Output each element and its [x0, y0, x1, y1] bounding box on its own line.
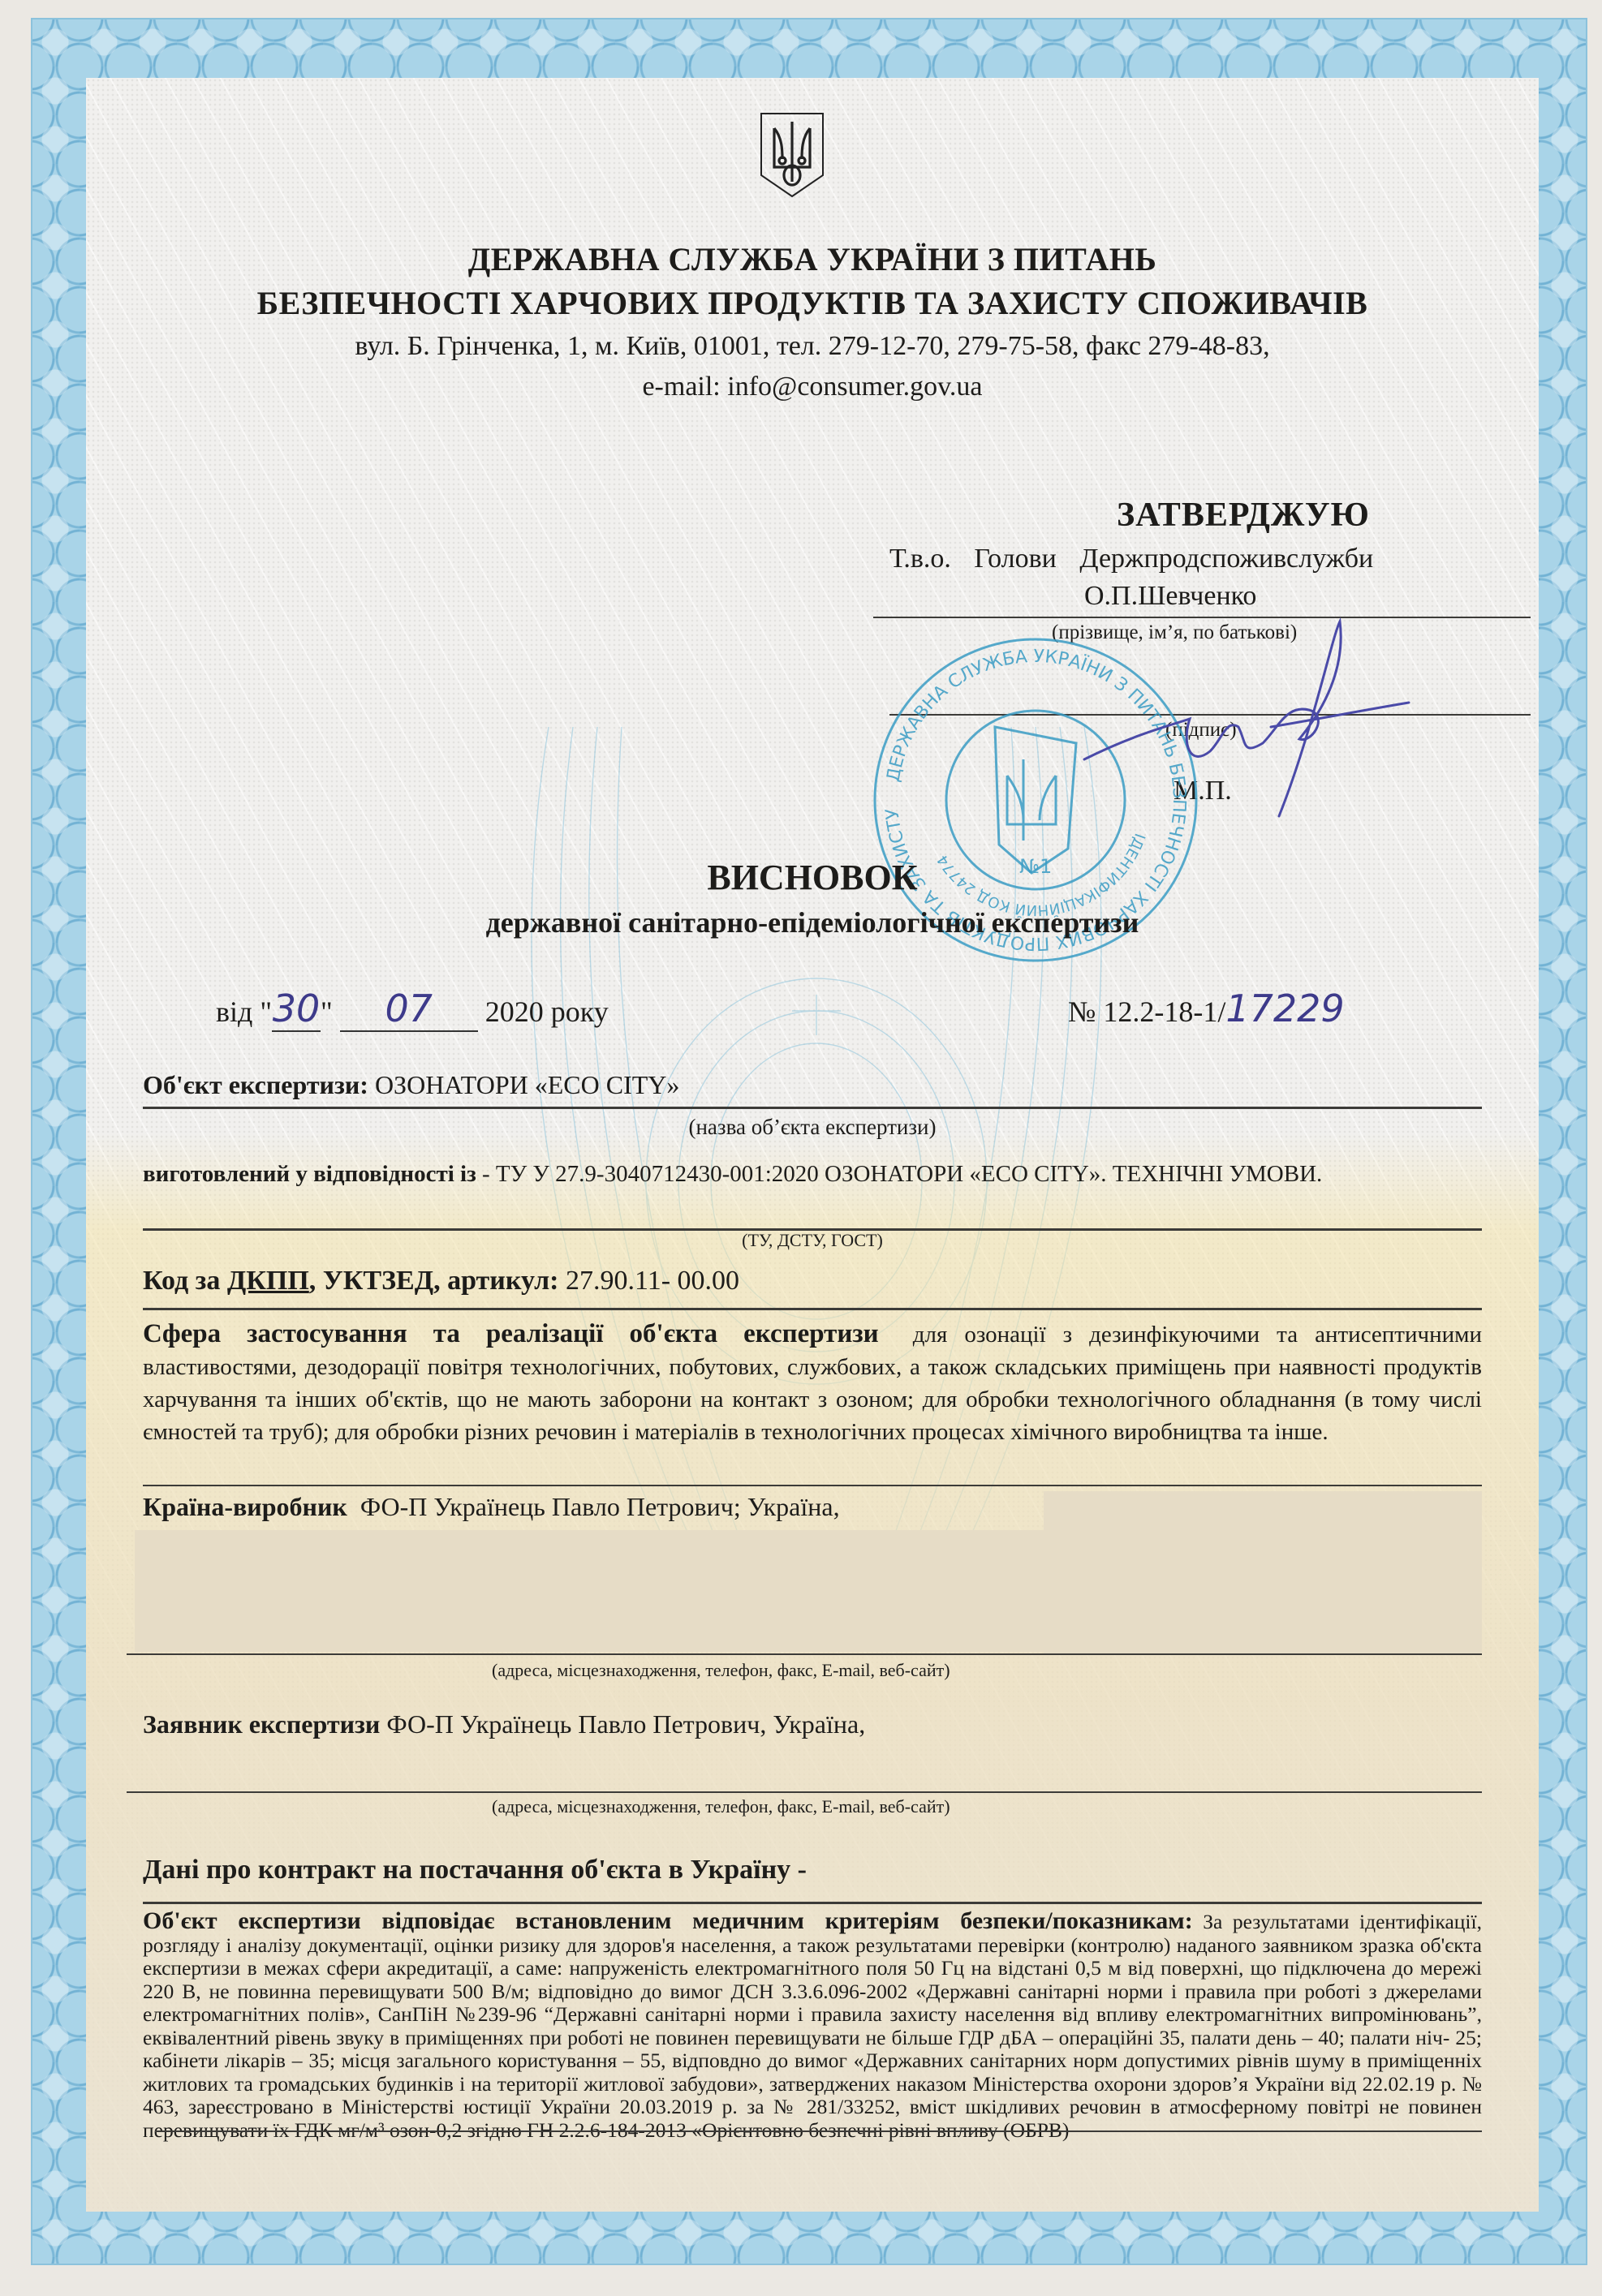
code-underline — [143, 1308, 1482, 1310]
name-underline — [873, 617, 1531, 618]
scope-underline — [143, 1485, 1482, 1486]
number-prefix: № 12.2-18-1/ — [1068, 995, 1225, 1028]
approver-role: Т.в.о. Голови Держпродспоживслужби — [889, 544, 1373, 574]
object-row: Об'єкт експертизи: ОЗОНАТОРИ «ECO CITY» — [143, 1069, 1482, 1100]
object-underline — [143, 1107, 1482, 1109]
coat-of-arms-icon — [758, 110, 826, 200]
compliance-underline — [155, 2130, 1482, 2132]
compliance-label: Об'єкт експертизи відповідає встановлени… — [143, 1907, 1193, 1934]
manufacturer-underline — [127, 1653, 1482, 1655]
code-label-prefix: Код за — [143, 1266, 227, 1296]
contract-row: Дані про контракт на постачання об'єкта … — [143, 1855, 1482, 1885]
applicant-row: Заявник експертизи ФО-П Українець Павло … — [143, 1709, 1482, 1739]
applicant-label: Заявник експертизи — [143, 1709, 380, 1739]
document-title: ВИСНОВОК — [86, 857, 1539, 898]
issue-date: від "30" 07 2020 року — [216, 987, 609, 1032]
code-row: Код за ДКПП, УКТЗЕД, артикул: 27.90.11- … — [143, 1266, 1482, 1296]
applicant-value: ФО-П Українець Павло Петрович, Україна, — [386, 1709, 865, 1739]
contract-underline — [143, 1902, 1482, 1904]
name-hint: (прізвище, ім’я, по батькові) — [1052, 621, 1297, 644]
approval-heading: ЗАТВЕРДЖУЮ — [1117, 496, 1370, 535]
manufacturer-label: Країна-виробник — [143, 1492, 347, 1521]
standard-label: виготовлений у відповідності із — [143, 1161, 476, 1187]
standard-value: - ТУ У 27.9-3040712430-001:2020 ОЗОНАТОР… — [482, 1161, 1322, 1187]
compliance-row: Об'єкт експертизи відповідає встановлени… — [143, 1910, 1482, 2142]
standard-row: виготовлений у відповідності із - ТУ У 2… — [143, 1157, 1482, 1191]
document-number: № 12.2-18-1/17229 — [1068, 987, 1345, 1030]
date-day: 30 — [272, 987, 321, 1032]
redacted-area — [135, 1530, 1482, 1652]
standard-hint: (ТУ, ДСТУ, ГОСТ) — [86, 1230, 1539, 1251]
applicant-underline — [127, 1791, 1482, 1793]
scope-row: Сфера застосування та реалізації об'єкта… — [143, 1318, 1482, 1448]
date-prefix: від " — [216, 995, 272, 1028]
object-label: Об'єкт експертизи: — [143, 1070, 368, 1099]
dkpp-link[interactable]: ДКПП — [227, 1266, 309, 1296]
manufacturer-value: ФО-П Українець Павло Петрович; Україна, — [360, 1492, 840, 1521]
manufacturer-hint: (адреса, місцезнаходження, телефон, факс… — [492, 1660, 950, 1681]
organization-name-line2: БЕЗПЕЧНОСТІ ХАРЧОВИХ ПРОДУКТІВ ТА ЗАХИСТ… — [86, 284, 1539, 322]
date-year: 2020 року — [485, 995, 609, 1028]
approver-name: О.П.Шевченко — [1084, 581, 1256, 612]
code-value: 27.90.11- 00.00 — [559, 1266, 740, 1296]
organization-name-line1: ДЕРЖАВНА СЛУЖБА УКРАЇНИ З ПИТАНЬ — [86, 240, 1539, 278]
document-subtitle: державної санітарно-епідеміологічної екс… — [86, 905, 1539, 939]
seal-placeholder-label: М.П. — [1174, 776, 1232, 806]
applicant-hint: (адреса, місцезнаходження, телефон, факс… — [492, 1796, 950, 1817]
code-label-suffix: , УКТЗЕД, артикул: — [309, 1266, 559, 1296]
object-hint: (назва об’єкта експертизи) — [86, 1115, 1539, 1140]
organization-address: вул. Б. Грінченка, 1, м. Київ, 01001, те… — [86, 331, 1539, 362]
signature-hint: (підпис) — [1165, 719, 1237, 742]
date-quote: " — [321, 995, 333, 1028]
date-month: 07 — [340, 987, 478, 1032]
signature-underline — [889, 714, 1531, 716]
compliance-text: За результатами ідентифікації, розгляду … — [143, 1910, 1482, 2142]
organization-email: e-mail: info@consumer.gov.ua — [86, 372, 1539, 402]
number-handwritten: 17229 — [1225, 987, 1344, 1030]
object-value: ОЗОНАТОРИ «ECO CITY» — [375, 1070, 679, 1099]
certificate-page: ДЕРЖАВНА СЛУЖБА УКРАЇНИ З ПИТАНЬ БЕЗПЕЧН… — [86, 78, 1539, 2212]
scope-label: Сфера застосування та реалізації об'єкта… — [143, 1319, 879, 1348]
